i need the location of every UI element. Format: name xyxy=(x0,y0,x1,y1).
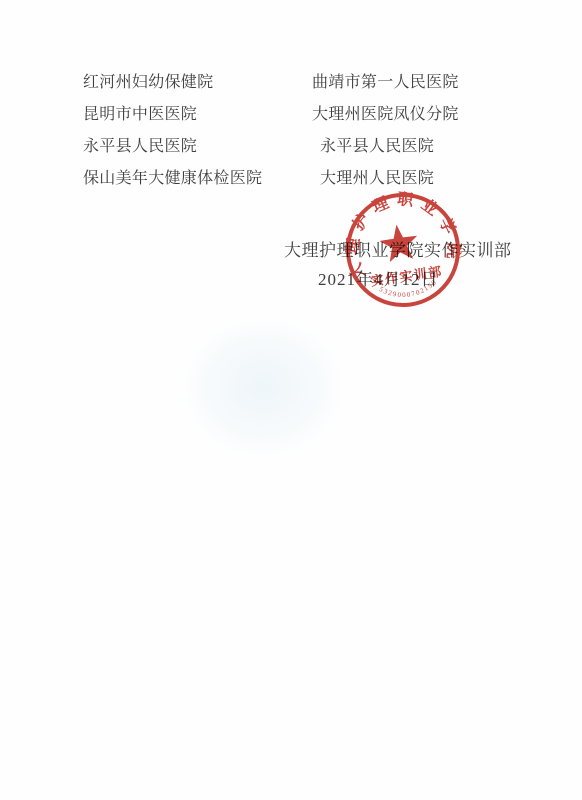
official-seal-stamp: 大理护理职业学院 实作实训部 5329000702150 xyxy=(332,179,474,321)
list-row: 永平县人民医院 永平县人民医院 xyxy=(83,128,503,160)
hospital-list: 红河州妇幼保健院 曲靖市第一人民医院 昆明市中医医院 大理州医院凤仪分院 永平县… xyxy=(83,64,503,192)
hospital-name: 红河州妇幼保健院 xyxy=(83,69,312,92)
star-icon xyxy=(378,222,421,263)
hospital-name: 曲靖市第一人民医院 xyxy=(312,69,503,92)
hospital-name: 昆明市中医医院 xyxy=(83,101,312,124)
list-row: 昆明市中医医院 大理州医院凤仪分院 xyxy=(83,96,503,128)
document-page: 红河州妇幼保健院 曲靖市第一人民医院 昆明市中医医院 大理州医院凤仪分院 永平县… xyxy=(0,0,582,800)
hospital-name: 大理州人民医院 xyxy=(312,165,503,188)
seal-ring-text: 大理护理职业学院 xyxy=(335,182,467,283)
hospital-name: 大理州医院凤仪分院 xyxy=(312,101,503,124)
scan-smudge xyxy=(188,322,338,452)
hospital-name: 永平县人民医院 xyxy=(312,133,503,156)
hospital-name: 永平县人民医院 xyxy=(83,133,312,156)
hospital-name: 保山美年大健康体检医院 xyxy=(83,165,312,188)
list-row: 红河州妇幼保健院 曲靖市第一人民医院 xyxy=(83,64,503,96)
